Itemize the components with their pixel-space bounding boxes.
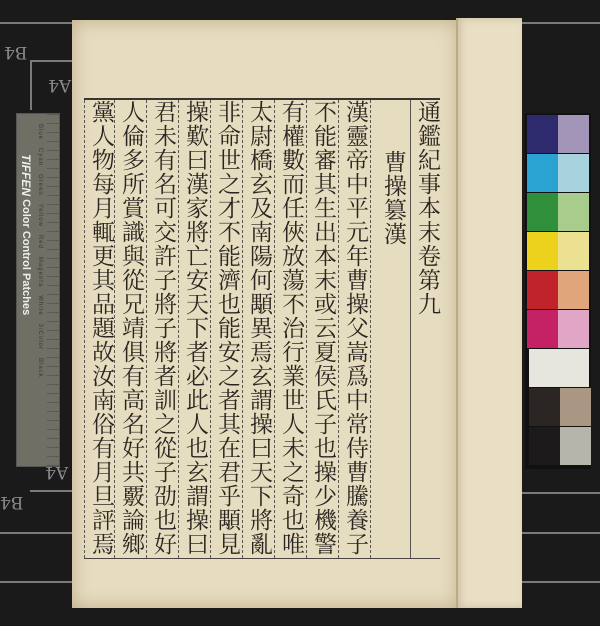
tiffen-title: TIFFEN Color Control Patches [19, 154, 33, 315]
text-column-title: 通鑑紀事本末卷第九 [410, 100, 441, 558]
patch-gray [560, 427, 591, 465]
patch-red [527, 271, 558, 309]
text-column: 有權數而任俠放蕩不治行業世人未之奇也唯 [274, 100, 305, 558]
grid-line [30, 490, 75, 492]
centimeter-ruler [47, 114, 59, 466]
color-patch-strip [525, 113, 591, 469]
text-column-subtitle: 曹操篡漢 [370, 100, 411, 558]
patch-tan [560, 388, 591, 426]
patch-black [529, 427, 560, 465]
patch-labels: Blue Cyan Green Yellow Red Magenta White… [37, 124, 43, 378]
text-block: 通鑑紀事本末卷第九 曹操篡漢 漢靈帝中平元年曹操父嵩爲中常侍曹騰養子 不能審其生… [84, 98, 440, 559]
patch-cyan [527, 154, 558, 192]
patch-red-light [558, 271, 589, 309]
grid-line [522, 532, 600, 534]
text-column: 漢靈帝中平元年曹操父嵩爲中常侍曹騰養子 [338, 100, 369, 558]
page-fold [456, 18, 458, 608]
patch-cyan-light [558, 154, 589, 192]
grid-line [30, 60, 75, 62]
grid-line [522, 581, 600, 583]
text-column: 非命世之才不能濟也能安之者其在君乎顒見 [210, 100, 241, 558]
patch-yellow [527, 232, 558, 270]
patch-white [529, 349, 589, 387]
patch-3color-black [529, 388, 560, 426]
grid-line [0, 581, 75, 583]
patch-blue-light [558, 115, 589, 153]
text-column: 黨人物每月輒更其品題故汝南俗有月旦評焉 [84, 100, 115, 558]
patch-yellow-light [558, 232, 589, 270]
chapter-title: 通鑑紀事本末卷第九 [413, 100, 441, 316]
grid-line [30, 60, 32, 110]
text-column: 人倫多所賞識與從兄靖俱有高名好共覈論鄉 [114, 100, 145, 558]
size-marker-b4: B4 [0, 492, 23, 512]
tiffen-color-target: Blue Cyan Green Yellow Red Magenta White… [16, 113, 60, 467]
patch-blue [527, 115, 558, 153]
page-back [456, 18, 522, 608]
patch-magenta-light [558, 310, 589, 348]
patch-green [527, 193, 558, 231]
section-title: 曹操篡漢 [379, 150, 407, 246]
text-column: 操歎曰漢家將亡安天下者必此人也玄謂操曰 [178, 100, 209, 558]
text-column: 太尉橋玄及南陽何顒異焉玄謂操曰天下將亂 [242, 100, 273, 558]
patch-magenta [527, 310, 558, 348]
text-column: 君未有名可交許子將子將者訓之從子劭也好 [146, 100, 177, 558]
patch-green-light [558, 193, 589, 231]
size-marker-b4: B4 [4, 42, 27, 62]
grid-line [522, 492, 600, 494]
size-marker-a4: A4 [48, 75, 71, 95]
grid-line [0, 532, 75, 534]
text-column: 不能審其生出本末或云夏侯氏子也操少機警 [306, 100, 337, 558]
